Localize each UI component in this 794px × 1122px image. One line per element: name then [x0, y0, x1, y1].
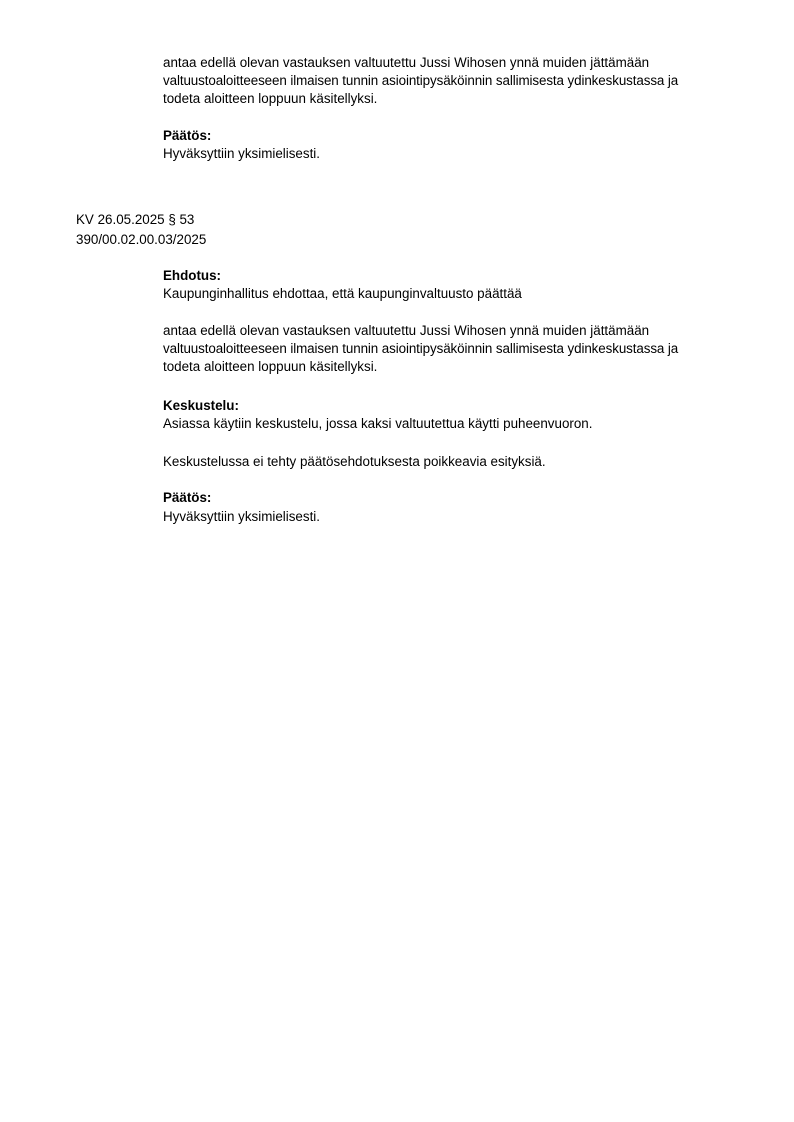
section2-decision-text: Hyväksyttiin yksimielisesti. [163, 508, 320, 526]
discussion-text: Asiassa käytiin keskustelu, jossa kaksi … [163, 415, 592, 433]
section1-decision-text: Hyväksyttiin yksimielisesti. [163, 145, 320, 163]
section1-body-line: todeta aloitteen loppuun käsitellyksi. [163, 90, 377, 108]
proposal-heading: Ehdotus: [163, 267, 221, 285]
meeting-reference: KV 26.05.2025 § 53 [76, 211, 194, 229]
section2-decision-heading: Päätös: [163, 489, 211, 507]
proposal-intro: Kaupunginhallitus ehdottaa, että kaupung… [163, 285, 522, 303]
discussion-note: Keskustelussa ei tehty päätösehdotuksest… [163, 453, 546, 471]
section2-body-line: antaa edellä olevan vastauksen valtuutet… [163, 322, 649, 340]
section1-body-line: antaa edellä olevan vastauksen valtuutet… [163, 54, 649, 72]
section2-body-line: valtuustoaloitteeseen ilmaisen tunnin as… [163, 340, 678, 358]
discussion-heading: Keskustelu: [163, 397, 239, 415]
section1-decision-heading: Päätös: [163, 127, 211, 145]
case-number: 390/00.02.00.03/2025 [76, 231, 206, 249]
section1-body-line: valtuustoaloitteeseen ilmaisen tunnin as… [163, 72, 678, 90]
section2-body-line: todeta aloitteen loppuun käsitellyksi. [163, 358, 377, 376]
